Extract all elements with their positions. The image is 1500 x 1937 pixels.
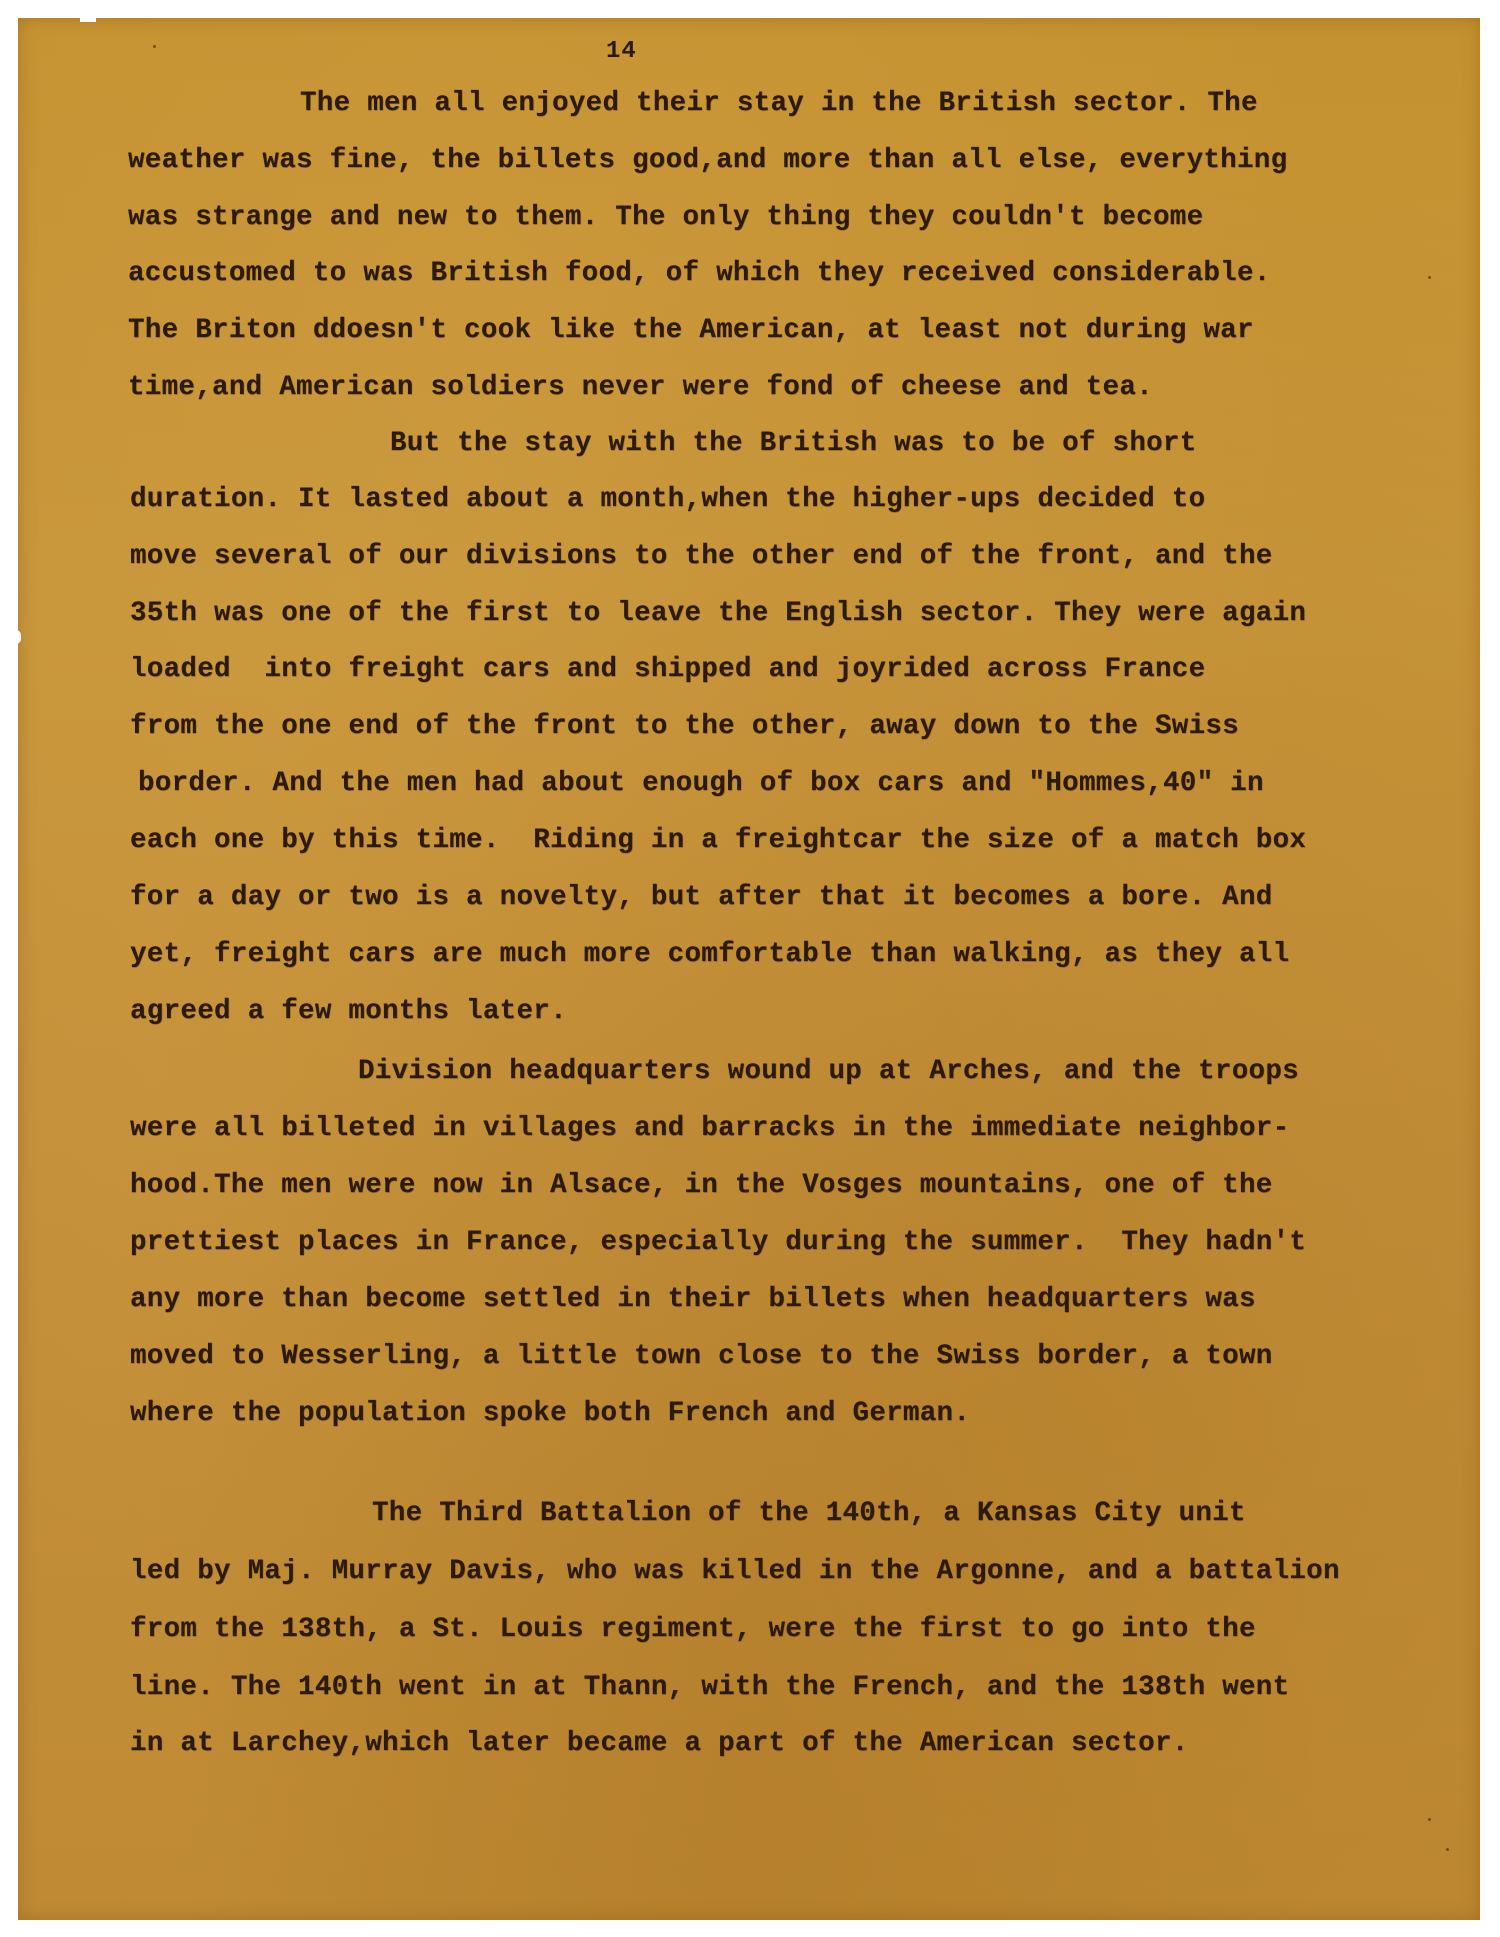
text-line: for a day or two is a novelty, but after… <box>130 882 1273 913</box>
text-line: each one by this time. Riding in a freig… <box>130 825 1306 856</box>
text-line: hood.The men were now in Alsace, in the … <box>130 1170 1273 1201</box>
paper-tear-left <box>16 630 21 644</box>
stain-spot <box>153 45 156 48</box>
text-line: yet, freight cars are much more comforta… <box>130 939 1289 970</box>
paper-tear-top <box>80 16 96 22</box>
page-number: 14 <box>606 38 637 65</box>
stain-spot <box>1446 1848 1449 1851</box>
text-line: border. And the men had about enough of … <box>138 768 1264 799</box>
text-line: any more than become settled in their bi… <box>130 1284 1256 1315</box>
text-line: Division headquarters wound up at Arches… <box>358 1056 1299 1087</box>
text-line: line. The 140th went in at Thann, with t… <box>130 1672 1289 1703</box>
text-line: agreed a few months later. <box>130 996 567 1027</box>
text-line: from the 138th, a St. Louis regiment, we… <box>130 1614 1256 1645</box>
text-line: time,and American soldiers never were fo… <box>128 372 1153 403</box>
text-line: prettiest places in France, especially d… <box>130 1227 1306 1258</box>
text-line: The men all enjoyed their stay in the Br… <box>300 88 1258 119</box>
text-line: The Third Battalion of the 140th, a Kans… <box>372 1498 1246 1529</box>
text-line: move several of our divisions to the oth… <box>130 541 1273 572</box>
text-line: But the stay with the British was to be … <box>390 428 1197 459</box>
text-line: were all billeted in villages and barrac… <box>130 1113 1289 1144</box>
text-line: The Briton ddoesn't cook like the Americ… <box>128 315 1254 346</box>
text-line: weather was fine, the billets good,and m… <box>128 145 1287 176</box>
stain-spot <box>1428 276 1431 279</box>
text-line: 35th was one of the first to leave the E… <box>130 598 1306 629</box>
text-line: accustomed to was British food, of which… <box>128 258 1271 289</box>
text-line: was strange and new to them. The only th… <box>128 202 1203 233</box>
text-line: where the population spoke both French a… <box>130 1398 970 1429</box>
text-line: from the one end of the front to the oth… <box>130 711 1239 742</box>
text-line: duration. It lasted about a month,when t… <box>130 484 1205 515</box>
text-line: moved to Wesserling, a little town close… <box>130 1341 1273 1372</box>
text-line: in at Larchey,which later became a part … <box>130 1728 1189 1759</box>
stain-spot <box>1428 1818 1431 1821</box>
text-line: led by Maj. Murray Davis, who was killed… <box>130 1556 1340 1587</box>
text-line: loaded into freight cars and shipped and… <box>130 654 1205 685</box>
typewritten-page: 14 The men all enjoyed their stay in the… <box>18 18 1480 1920</box>
